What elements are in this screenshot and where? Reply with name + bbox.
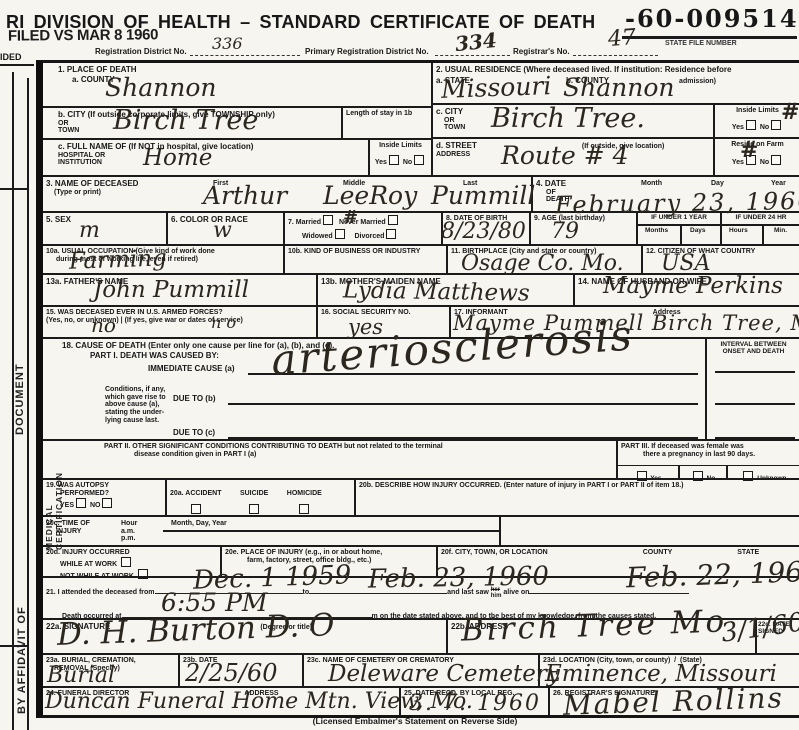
checkbox-no bbox=[771, 120, 781, 130]
part2-label2: disease condition given in PART I (a) bbox=[134, 451, 613, 459]
field-describe-injury: 20b. DESCRIBE HOW INJURY OCCURRED. (Ente… bbox=[354, 478, 799, 515]
occupation-value: Farming bbox=[69, 247, 168, 273]
time-of-injury-label: 20c. TIME OF bbox=[46, 520, 90, 527]
checkbox-widowed bbox=[335, 229, 345, 239]
residence-county-value: Shannon bbox=[563, 75, 675, 100]
him-label: him bbox=[491, 593, 502, 599]
date-of-birth-value: 8/23/80 bbox=[441, 221, 526, 243]
autopsy-no-label: NO bbox=[90, 502, 101, 509]
checkbox-homicide bbox=[299, 504, 309, 514]
farm-yes-mark: # bbox=[740, 139, 758, 161]
filed-stamp: FILED VS MAR 8 1960 bbox=[8, 26, 158, 44]
checkbox-yes bbox=[389, 155, 399, 165]
hour-label: Hour bbox=[121, 520, 137, 527]
father-name-value: John Pummill bbox=[93, 279, 249, 302]
divider-line bbox=[680, 224, 682, 246]
homicide-label: HOMICIDE bbox=[287, 490, 322, 497]
conditions-label-2: which gave rise to bbox=[105, 394, 166, 401]
divider-line bbox=[622, 36, 797, 39]
inside-limits-no-mark: # bbox=[781, 101, 799, 123]
place-of-injury-label: 20e. PLACE OF INJURY (e.g., in or about … bbox=[225, 549, 433, 557]
town-label: TOWN bbox=[444, 124, 465, 131]
yes-label: Yes bbox=[732, 124, 744, 131]
field-accident-suicide-homicide: 20a. ACCIDENT SUICIDE HOMICIDE bbox=[165, 478, 354, 515]
autopsy-label: 19. WAS AUTOPSY bbox=[46, 482, 162, 490]
hospital-or-label: HOSPITAL OR bbox=[58, 152, 105, 159]
suicide-label: SUICIDE bbox=[240, 490, 268, 497]
accident-label: 20a. ACCIDENT bbox=[170, 490, 221, 497]
city-value: Birch Tree bbox=[113, 107, 258, 134]
residence-city-value: Birch Tree. bbox=[491, 105, 645, 132]
field-kind-of-business: 10b. KIND OF BUSINESS OR INDUSTRY bbox=[283, 244, 446, 273]
last-alive-value: Feb. 22, 1960 bbox=[626, 558, 799, 593]
divider-line bbox=[762, 224, 764, 246]
checkbox-autopsy-no bbox=[102, 498, 112, 508]
registration-district-value: 336 bbox=[212, 36, 243, 52]
injury-occurred-label: 20d. INJURY OCCURRED bbox=[46, 549, 217, 557]
due-to-b-label: DUE TO (b) bbox=[173, 394, 216, 404]
checkbox-yes bbox=[746, 120, 756, 130]
checkbox-no bbox=[414, 155, 424, 165]
state-file-number-label: STATE FILE NUMBER bbox=[665, 40, 737, 48]
field-time-of-injury: 20c. TIME OFINJURY Houra.m.p.m. Month, D… bbox=[43, 515, 499, 545]
kind-of-business-label: 10b. KIND OF BUSINESS OR INDUSTRY bbox=[288, 248, 443, 256]
injury-city-label: 20f. CITY, TOWN, OR LOCATION bbox=[441, 549, 548, 556]
field-armed-forces: 15. WAS DECEASED EVER IN U.S. ARMED FORC… bbox=[43, 305, 316, 337]
part3-label: PART III. If deceased was female was bbox=[621, 443, 797, 451]
injury-state-label: STATE bbox=[737, 549, 759, 556]
field-pregnancy-unknown: Unknown bbox=[726, 465, 799, 478]
checkbox-never-married bbox=[388, 215, 398, 225]
married-label: 7. Married bbox=[288, 219, 321, 226]
injury-word-label: INJURY bbox=[56, 528, 81, 535]
checkbox-while-at-work bbox=[121, 557, 131, 567]
entry-line bbox=[228, 403, 698, 405]
conditions-label-3: above cause (a), bbox=[105, 401, 159, 408]
yes-label: Yes bbox=[375, 159, 387, 166]
admission-label: admission) bbox=[679, 78, 716, 85]
field-autopsy: 19. WAS AUTOPSY PERFORMED? YES NO bbox=[43, 478, 165, 515]
interval-label-2: ONSET AND DEATH bbox=[708, 348, 799, 355]
autopsy-yes-label: YES bbox=[60, 502, 74, 509]
due-to-c-label: DUE TO (c) bbox=[173, 428, 215, 438]
margin-affidavit-label: BY AFFIDAVIT OF bbox=[16, 598, 28, 714]
divorced-label: Divorced bbox=[354, 233, 384, 240]
no-label: No bbox=[760, 159, 769, 166]
checkbox-no bbox=[771, 155, 781, 165]
residence-state-value: Missouri bbox=[441, 73, 552, 102]
months-label: Months bbox=[645, 227, 668, 234]
checkbox-accident bbox=[191, 504, 201, 514]
conditions-label-5: lying cause last. bbox=[105, 417, 159, 424]
birthplace-value: Osage Co. Mo. bbox=[461, 253, 624, 275]
pm-label: p.m. bbox=[121, 535, 135, 542]
middle-name-value: LeeRoy bbox=[323, 183, 417, 208]
field-part2: PART II. OTHER SIGNIFICANT CONDITIONS CO… bbox=[43, 439, 616, 478]
length-of-stay-label: Length of stay in 1b bbox=[346, 110, 428, 118]
registrar-signature-value: Mabel Rollins bbox=[563, 684, 785, 720]
part2-label: PART II. OTHER SIGNIFICANT CONDITIONS CO… bbox=[104, 443, 613, 451]
burial-value: Burial bbox=[47, 665, 115, 687]
describe-injury-label: 20b. DESCRIBE HOW INJURY OCCURRED. (Ente… bbox=[359, 482, 797, 490]
embalmer-footer-note: (Licensed Embalmer's Statement on Revers… bbox=[245, 716, 585, 726]
field-pregnancy-yes: Yes bbox=[616, 465, 678, 478]
race-value: w bbox=[213, 220, 232, 242]
field-pregnancy-no: No bbox=[678, 465, 726, 478]
armed-forces-value2: n o bbox=[211, 315, 236, 331]
armed-forces-value: no bbox=[91, 315, 116, 335]
am-label: a.m. bbox=[121, 528, 135, 535]
physician-address-value: Birch Tree Mo bbox=[461, 606, 728, 646]
last-name-value: Pummill bbox=[431, 183, 535, 208]
primary-district-value: 334 bbox=[454, 30, 498, 54]
registration-district-label: Registration District No. bbox=[95, 47, 187, 57]
immediate-cause-label: IMMEDIATE CAUSE (a) bbox=[148, 364, 235, 374]
institution-word-label: INSTITUTION bbox=[58, 159, 102, 166]
or-label: OR bbox=[58, 120, 69, 127]
divider-line bbox=[0, 188, 27, 190]
citizen-value: USA bbox=[661, 253, 711, 275]
field-interval: INTERVAL BETWEEN ONSET AND DEATH bbox=[705, 337, 799, 439]
conditions-label-4: stating the under- bbox=[105, 409, 164, 416]
first-name-value: Arthur bbox=[203, 183, 287, 208]
field-length-of-stay: Length of stay in 1b bbox=[341, 106, 431, 138]
no-label: No bbox=[760, 124, 769, 131]
street-address-value: Route # 4 bbox=[501, 143, 629, 168]
hours-label: Hours bbox=[729, 227, 748, 234]
field-time-of-injury-blank bbox=[499, 515, 799, 545]
month-label: Month bbox=[641, 180, 662, 188]
field-place-of-death: 1. PLACE OF DEATH a. COUNTY bbox=[43, 63, 431, 106]
date-of-death-value: February 23, 1960 bbox=[555, 189, 799, 218]
divider-line bbox=[0, 64, 34, 66]
part3-label2: there a pregnancy in last 90 days. bbox=[643, 451, 797, 459]
field-sex: 5. SEX bbox=[43, 211, 166, 244]
min-label: Min. bbox=[774, 227, 787, 234]
husband-or-wife-value: Mayme Perkins bbox=[603, 275, 783, 298]
checkbox-suicide bbox=[249, 504, 259, 514]
field-inside-limits-1: Inside Limits Yes No bbox=[368, 138, 431, 175]
registrar-no-value: 47 bbox=[607, 27, 636, 51]
married-mark: # bbox=[343, 209, 358, 227]
month-day-year-label: Month, Day, Year bbox=[171, 520, 227, 528]
day-label: Day bbox=[711, 180, 724, 188]
mother-maiden-name-value: Lydia Matthews bbox=[343, 279, 530, 305]
certificate-form: 1. PLACE OF DEATH a. COUNTY Shannon b. C… bbox=[36, 60, 799, 718]
county-value: Shannon bbox=[105, 75, 217, 100]
divider-line bbox=[163, 530, 499, 532]
autopsy-label2: PERFORMED? bbox=[60, 490, 162, 498]
street-label: d. STREET bbox=[436, 141, 477, 150]
while-at-work-label: WHILE AT WORK bbox=[60, 561, 117, 568]
institution-value: Home bbox=[143, 147, 212, 170]
entry-line bbox=[715, 371, 795, 373]
field-marital-status: 7. Married Never Married Widowed Divorce… bbox=[283, 211, 441, 244]
margin-partial-text: IDED bbox=[0, 52, 22, 63]
date-received-value: 3. 7. 1960 bbox=[409, 693, 541, 715]
interval-label-1: INTERVAL BETWEEN bbox=[708, 341, 799, 348]
cemetery-value: Deleware Cemetery bbox=[328, 663, 560, 686]
checkbox-married bbox=[323, 215, 333, 225]
armed-forces-label: 15. WAS DECEASED EVER IN U.S. ARMED FORC… bbox=[46, 309, 313, 317]
town-label: TOWN bbox=[58, 127, 79, 134]
attended-pre-label: 21. I attended the deceased from bbox=[46, 589, 155, 596]
leader-line bbox=[190, 47, 300, 56]
inside-limits-label: Inside Limits bbox=[373, 142, 428, 150]
entry-line bbox=[715, 403, 795, 405]
divider-line bbox=[722, 224, 799, 226]
burial-date-value: 2/25/60 bbox=[185, 661, 278, 685]
checkbox-autopsy-yes bbox=[76, 498, 86, 508]
primary-district-label: Primary Registration District No. bbox=[305, 47, 429, 57]
attended-to-value: Feb. 23, 1960 bbox=[368, 563, 549, 592]
state-file-number: -60-009514 bbox=[625, 4, 799, 33]
registrar-no-label: Registrar's No. bbox=[513, 47, 570, 57]
no-label: No bbox=[403, 159, 412, 166]
age-value: 79 bbox=[551, 221, 579, 243]
or-label: OR bbox=[444, 117, 455, 124]
field-part3: PART III. If deceased was female was the… bbox=[616, 439, 799, 465]
checkbox-divorced bbox=[386, 229, 396, 239]
conditions-label-1: Conditions, if any, bbox=[105, 386, 165, 393]
margin-document-label: DOCUMENT bbox=[14, 330, 26, 435]
sex-label: 5. SEX bbox=[46, 215, 163, 225]
sex-value: m bbox=[79, 220, 100, 242]
widowed-label: Widowed bbox=[302, 233, 333, 240]
days-label: Days bbox=[690, 227, 706, 234]
social-security-label: 16. SOCIAL SECURITY NO. bbox=[321, 309, 446, 317]
injury-county-label: COUNTY bbox=[643, 549, 673, 556]
